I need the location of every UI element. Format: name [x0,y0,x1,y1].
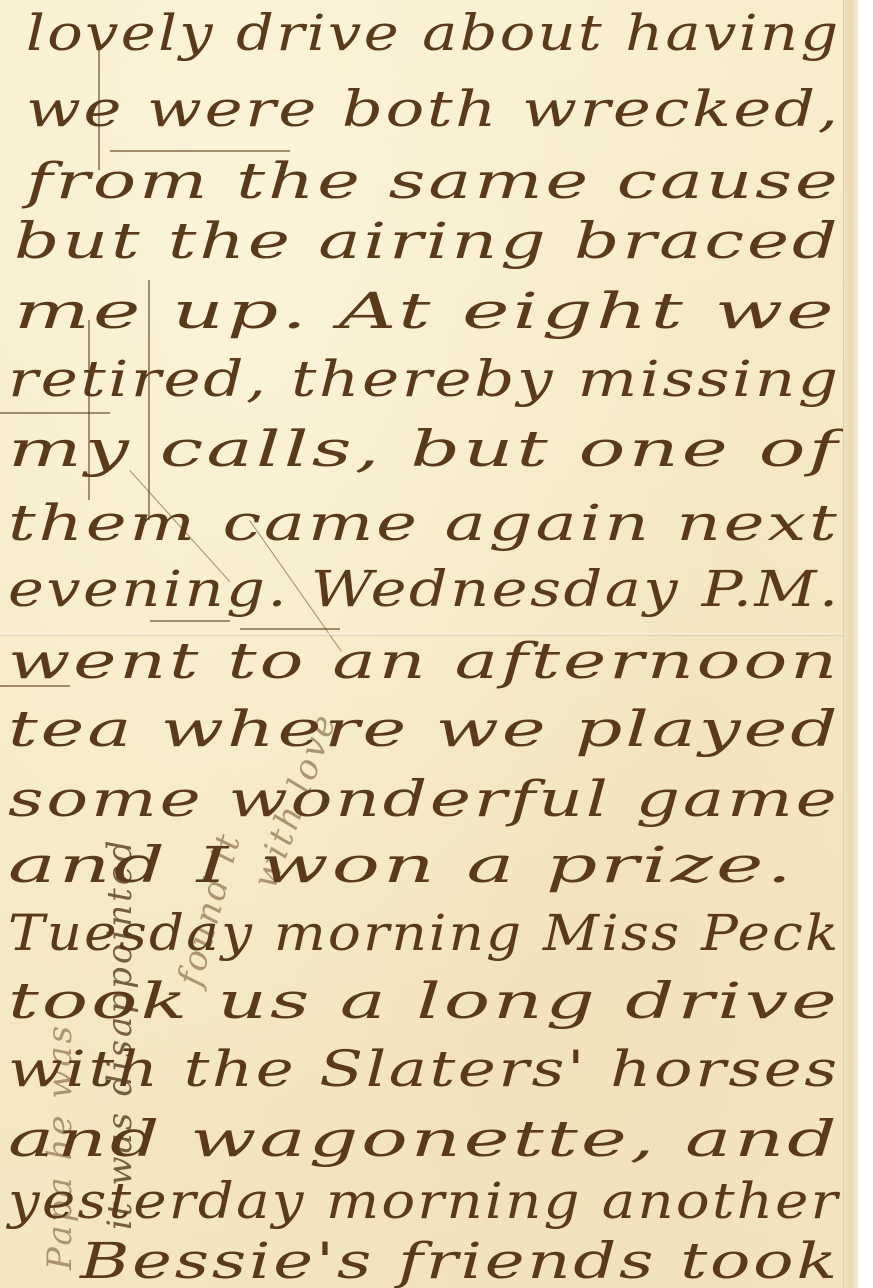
letter-page: Papa he was it was disappointed found it… [0,0,858,1288]
letter-line: went to an afternoon [8,632,840,690]
letter-line: Bessie's friends took [80,1232,840,1288]
ink-stroke [0,412,110,414]
letter-line: evening. Wednesday P.M. [8,560,841,618]
letter-line: Tuesday morning Miss Peck [8,904,840,962]
letter-line: and I won a prize. [8,836,795,894]
letter-line: took us a long drive [8,972,840,1030]
torn-paper-edge [843,0,858,1288]
letter-line: and wagonette, and [8,1110,840,1168]
letter-line: my calls, but one of [8,420,841,478]
letter-line: them came again next [8,494,840,552]
fold-crease [0,633,858,637]
letter-line: some wonderful game [8,770,840,828]
letter-line: retired, thereby missing [8,350,841,408]
letter-line: me up. At eight we [14,282,837,340]
letter-line: we were both wrecked, [26,80,841,138]
ink-stroke [150,620,230,622]
letter-line: but the airing braced [14,212,840,270]
letter-line: with the Slaters' horses [8,1040,840,1098]
letter-line: lovely drive about having [26,4,841,62]
letter-line: tea where we played [8,700,841,758]
letter-line: from the same cause [26,152,841,210]
letter-line: yesterday morning another [8,1172,840,1230]
